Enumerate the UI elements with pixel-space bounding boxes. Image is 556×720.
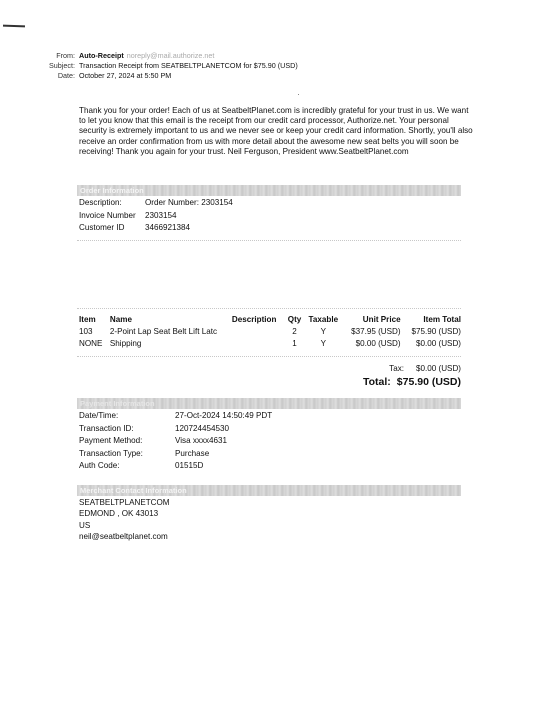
- merchant-country: US: [79, 520, 170, 531]
- col-item: Item: [77, 314, 108, 326]
- payment-info-row: Transaction ID: 120724454530: [79, 423, 272, 436]
- total-label: Total:: [363, 375, 391, 389]
- order-info-value: 3466921384: [145, 222, 190, 235]
- cell-item-total: $0.00 (USD): [403, 338, 463, 350]
- cell-qty: 1: [285, 338, 305, 350]
- payment-info-row: Transaction Type: Purchase: [79, 448, 272, 461]
- payment-info-value: Purchase: [175, 448, 209, 461]
- table-header-row: Item Name Description Qty Taxable Unit P…: [77, 314, 463, 326]
- payment-info-value: 27-Oct-2024 14:50:49 PDT: [175, 410, 272, 423]
- merchant-contact-section: SEATBELTPLANETCOM EDMOND , OK 43013 US n…: [79, 497, 170, 542]
- payment-info-label: Payment Method:: [79, 435, 175, 448]
- tax-row: Tax: $0.00 (USD): [363, 362, 461, 375]
- merchant-email[interactable]: neil@seatbeltplanet.com: [79, 531, 170, 542]
- scan-dot: [298, 94, 299, 95]
- from-address[interactable]: noreply@mail.authorize.net: [127, 51, 215, 60]
- table-row: 103 2-Point Lap Seat Belt Lift Latc 2 Y …: [77, 326, 463, 338]
- col-qty: Qty: [285, 314, 305, 326]
- cell-taxable: Y: [304, 326, 342, 338]
- payment-info-value: Visa xxxx4631: [175, 435, 227, 448]
- order-info-label: Invoice Number: [79, 210, 145, 223]
- email-header: From: Auto-Receiptnoreply@mail.authorize…: [0, 51, 556, 81]
- merchant-city-state: EDMOND , OK 43013: [79, 508, 170, 519]
- cell-item: 103: [77, 326, 108, 338]
- col-unit-price: Unit Price: [342, 314, 402, 326]
- payment-info-label: Date/Time:: [79, 410, 175, 423]
- line-items-table: Item Name Description Qty Taxable Unit P…: [77, 314, 463, 350]
- cell-name: Shipping: [108, 338, 230, 350]
- col-taxable: Taxable: [304, 314, 342, 326]
- order-info-label: Customer ID: [79, 222, 145, 235]
- order-info-section: Description: Order Number: 2303154 Invoi…: [79, 197, 233, 235]
- date-value: October 27, 2024 at 5:50 PM: [79, 71, 171, 81]
- section-divider: [77, 240, 461, 241]
- cell-qty: 2: [285, 326, 305, 338]
- col-description: Description: [230, 314, 285, 326]
- merchant-name: SEATBELTPLANETCOM: [79, 497, 170, 508]
- payment-info-row: Payment Method: Visa xxxx4631: [79, 435, 272, 448]
- order-info-value: Order Number: 2303154: [145, 197, 233, 210]
- subject-label: Subject:: [0, 61, 79, 71]
- from-label: From:: [0, 51, 79, 61]
- cell-item: NONE: [77, 338, 108, 350]
- payment-info-label: Auth Code:: [79, 460, 175, 473]
- cell-name: 2-Point Lap Seat Belt Lift Latc: [108, 326, 230, 338]
- from-value: Auto-Receiptnoreply@mail.authorize.net: [79, 51, 214, 61]
- from-name: Auto-Receipt: [79, 51, 124, 60]
- order-info-row: Description: Order Number: 2303154: [79, 197, 233, 210]
- total-value: $75.90 (USD): [397, 375, 461, 389]
- cell-unit-price: $37.95 (USD): [342, 326, 402, 338]
- col-item-total: Item Total: [403, 314, 463, 326]
- order-info-header: Order Information: [77, 185, 461, 196]
- col-name: Name: [108, 314, 230, 326]
- subject-value: Transaction Receipt from SEATBELTPLANETC…: [79, 61, 298, 71]
- payment-info-label: Transaction Type:: [79, 448, 175, 461]
- order-info-label: Description:: [79, 197, 145, 210]
- order-info-row: Invoice Number 2303154: [79, 210, 233, 223]
- order-info-value: 2303154: [145, 210, 177, 223]
- date-row: Date: October 27, 2024 at 5:50 PM: [0, 71, 556, 81]
- totals-section: Tax: $0.00 (USD) Total: $75.90 (USD): [363, 362, 461, 389]
- total-row: Total: $75.90 (USD): [363, 375, 461, 389]
- payment-info-row: Auth Code: 01515D: [79, 460, 272, 473]
- payment-info-row: Date/Time: 27-Oct-2024 14:50:49 PDT: [79, 410, 272, 423]
- merchant-info-header: Merchant Contact Information: [77, 485, 461, 496]
- date-label: Date:: [0, 71, 79, 81]
- from-row: From: Auto-Receiptnoreply@mail.authorize…: [0, 51, 556, 61]
- tax-label: Tax:: [389, 362, 404, 375]
- subject-row: Subject: Transaction Receipt from SEATBE…: [0, 61, 556, 71]
- payment-info-header: Payment Information: [77, 398, 461, 409]
- scan-artifact-mark: [3, 25, 25, 28]
- payment-info-value: 120724454530: [175, 423, 229, 436]
- cell-item-total: $75.90 (USD): [403, 326, 463, 338]
- tax-value: $0.00 (USD): [416, 362, 461, 375]
- section-divider: [77, 308, 461, 309]
- section-divider: [77, 356, 461, 357]
- cell-description: [230, 338, 285, 350]
- payment-info-value: 01515D: [175, 460, 203, 473]
- table-row: NONE Shipping 1 Y $0.00 (USD) $0.00 (USD…: [77, 338, 463, 350]
- cell-taxable: Y: [304, 338, 342, 350]
- payment-info-label: Transaction ID:: [79, 423, 175, 436]
- payment-info-section: Date/Time: 27-Oct-2024 14:50:49 PDT Tran…: [79, 410, 272, 473]
- cell-unit-price: $0.00 (USD): [342, 338, 402, 350]
- order-info-row: Customer ID 3466921384: [79, 222, 233, 235]
- intro-message: Thank you for your order! Each of us at …: [79, 106, 474, 157]
- cell-description: [230, 326, 285, 338]
